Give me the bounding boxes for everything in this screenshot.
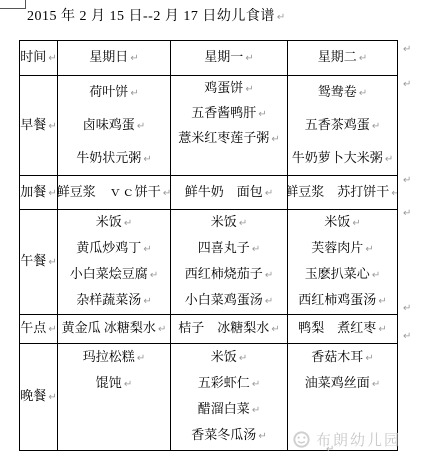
watermark: 布朗幼儿园 xyxy=(292,429,401,450)
table-header-row: 时间↵星期日↵星期一↵星期二↵ xyxy=(20,41,398,76)
menu-cell: 鸭梨 煮红枣↵ xyxy=(288,315,398,344)
row-label: 午点↵ xyxy=(20,316,57,342)
paragraph-mark-icon: ↵ xyxy=(359,88,367,99)
menu-item-line-text: 芙蓉肉片 xyxy=(311,240,363,255)
menu-item-line: 桔子 冰糖梨水↵ xyxy=(178,316,279,342)
paragraph-mark-icon: ↵ xyxy=(163,188,171,199)
menu-item-line: 香菜冬瓜汤↵ xyxy=(191,423,266,449)
paragraph-mark-icon: ↵ xyxy=(48,53,56,64)
table-row: 加餐↵鲜豆浆 ｖｃ饼干↵鲜牛奶 面包↵鲜豆浆 苏打饼干↵ xyxy=(20,176,398,210)
header-cell: 时间↵ xyxy=(20,41,58,76)
paragraph-mark-icon: ↵ xyxy=(378,296,386,307)
paragraph-mark-icon: ↵ xyxy=(150,270,158,281)
row-end-mark-icon: ↵ xyxy=(403,303,411,314)
header-cell: 星期一↵ xyxy=(171,41,288,76)
menu-item-line-text: 小白菜鸡蛋汤 xyxy=(185,292,263,307)
menu-cell-content: 鸭梨 煮红枣↵ xyxy=(288,315,397,343)
paragraph-mark-icon: ↵ xyxy=(365,244,373,255)
table-row: 午餐↵米饭↵黄瓜炒鸡丁↵小白菜烩豆腐↵杂样蔬菜汤↵米饭↵四喜丸子↵西红柿烧茄子↵… xyxy=(20,210,398,315)
paragraph-mark-icon: ↵ xyxy=(391,188,397,199)
menu-cell: 米饭↵芙蓉肉片↵玉麽扒菜心↵西红柿鸡蛋汤↵ xyxy=(288,210,398,315)
menu-item-line-text: 五彩虾仁 xyxy=(198,375,250,390)
menu-item-line: 五香茶鸡蛋↵ xyxy=(305,109,380,142)
paragraph-mark-icon: ↵ xyxy=(124,218,132,229)
menu-cell-content: 鲜豆浆 苏打饼干↵ xyxy=(288,176,397,209)
header-cell-label-text: 星期日 xyxy=(89,49,128,64)
paragraph-mark-icon: ↵ xyxy=(271,324,279,335)
menu-item-line-text: 鸳鸯卷 xyxy=(318,84,357,99)
paragraph-mark-icon: ↵ xyxy=(48,257,56,268)
menu-cell-content: 桔子 冰糖梨水↵ xyxy=(171,315,287,343)
menu-item-line-text: 醋溜白菜 xyxy=(198,401,250,416)
menu-item-line-text: 玉麽扒菜心 xyxy=(305,266,370,281)
menu-cell: 米饭↵四喜丸子↵西红柿烧茄子↵小白菜鸡蛋汤↵ xyxy=(171,210,288,315)
header-cell-label: 时间↵ xyxy=(20,45,57,71)
menu-item-line-text: 馄饨 xyxy=(96,375,122,390)
row-label-text: 加餐 xyxy=(20,184,46,199)
menu-item-line: 馄饨↵ xyxy=(96,371,132,397)
table-row: 早餐↵荷叶饼↵卤味鸡蛋↵牛奶状元粥↵鸡蛋饼↵五香酱鸭肝↵薏米红枣莲子粥↵鸳鸯卷↵… xyxy=(20,76,398,176)
row-label: 加餐↵ xyxy=(20,180,57,206)
paragraph-mark-icon: ↵ xyxy=(265,270,273,281)
paragraph-mark-icon: ↵ xyxy=(48,324,56,335)
paragraph-mark-icon: ↵ xyxy=(252,379,260,390)
paragraph-mark-icon: ↵ xyxy=(365,353,373,364)
paragraph-mark-icon: ↵ xyxy=(378,324,386,335)
menu-item-line-text: 牛奶状元粥 xyxy=(76,150,141,165)
paragraph-mark-icon: ↵ xyxy=(143,244,151,255)
paragraph-mark-icon: ↵ xyxy=(385,154,393,165)
menu-item-line: 醋溜白菜↵ xyxy=(198,397,260,423)
header-cell-label: 星期二↵ xyxy=(288,45,397,71)
menu-table: 时间↵星期日↵星期一↵星期二↵早餐↵荷叶饼↵卤味鸡蛋↵牛奶状元粥↵鸡蛋饼↵五香酱… xyxy=(19,40,398,451)
menu-item-line: 鸡蛋饼↵ xyxy=(204,76,253,101)
row-label: 早餐↵ xyxy=(20,113,57,139)
menu-item-line: 鲜牛奶 面包↵ xyxy=(185,180,273,206)
menu-cell-content: 鸡蛋饼↵五香酱鸭肝↵薏米红枣莲子粥↵ xyxy=(171,76,287,175)
paragraph-mark-icon: ↵ xyxy=(326,444,334,455)
menu-item-line: 牛奶萝卜大米粥↵ xyxy=(292,142,393,175)
menu-item-line: 鸭梨 煮红枣↵ xyxy=(298,316,386,342)
menu-item-line: 芙蓉肉片↵ xyxy=(311,236,373,262)
paragraph-mark-icon: ↵ xyxy=(130,88,138,99)
paragraph-mark-icon: ↵ xyxy=(245,84,253,95)
paragraph-mark-icon: ↵ xyxy=(265,188,273,199)
menu-item-line: 米饭↵ xyxy=(211,345,247,371)
menu-item-line-text: 香菜冬瓜汤 xyxy=(191,427,256,442)
menu-item-line-text: 鲜豆浆 ｖｃ饼干 xyxy=(58,184,161,199)
menu-item-line: 鸳鸯卷↵ xyxy=(318,76,367,109)
menu-cell: 鲜豆浆 ｖｃ饼干↵ xyxy=(58,176,171,210)
menu-item-line-text: 米饭 xyxy=(211,349,237,364)
menu-item-line: 五彩虾仁↵ xyxy=(198,371,260,397)
menu-cell-content: 米饭↵芙蓉肉片↵玉麽扒菜心↵西红柿鸡蛋汤↵ xyxy=(288,210,397,314)
menu-item-line: 米饭↵ xyxy=(324,210,360,236)
menu-item-line-text: 小白菜烩豆腐 xyxy=(70,266,148,281)
header-cell-label: 星期一↵ xyxy=(171,45,287,71)
menu-cell: 玛拉松糕↵馄饨↵ xyxy=(58,344,171,451)
menu-item-line-text: 黄金瓜 冰糖梨水 xyxy=(62,320,156,335)
paragraph-mark-icon: ↵ xyxy=(245,53,253,64)
paragraph-mark-icon: ↵ xyxy=(372,121,380,132)
paragraph-mark-icon: ↵ xyxy=(143,296,151,307)
menu-cell: 荷叶饼↵卤味鸡蛋↵牛奶状元粥↵ xyxy=(58,76,171,176)
paragraph-mark-icon: ↵ xyxy=(372,379,380,390)
paragraph-mark-icon: ↵ xyxy=(252,405,260,416)
menu-cell: 米饭↵黄瓜炒鸡丁↵小白菜烩豆腐↵杂样蔬菜汤↵ xyxy=(58,210,171,315)
menu-item-line: 香菇木耳↵ xyxy=(311,345,373,371)
menu-cell-content: 米饭↵五彩虾仁↵醋溜白菜↵香菜冬瓜汤↵ xyxy=(171,344,287,451)
page-title-text: 2015 年 2 月 15 日--2 月 17 日幼儿食谱 xyxy=(27,9,275,24)
row-label: 午餐↵ xyxy=(20,249,57,275)
menu-cell: 鲜牛奶 面包↵ xyxy=(171,176,288,210)
object-anchor-box xyxy=(0,0,26,9)
header-cell-label-text: 星期二 xyxy=(318,49,357,64)
menu-item-line: 西红柿烧茄子↵ xyxy=(185,262,273,288)
menu-item-line: 玛拉松糕↵ xyxy=(83,345,145,371)
paragraph-mark-icon: ↵ xyxy=(48,121,56,132)
menu-item-line: 米饭↵ xyxy=(211,210,247,236)
menu-item-line: 黄金瓜 冰糖梨水↵ xyxy=(62,316,167,342)
paragraph-mark-icon: ↵ xyxy=(130,53,138,64)
menu-item-line: 杂样蔬菜汤↵ xyxy=(76,288,151,314)
header-cell: 星期日↵ xyxy=(58,41,171,76)
menu-item-line: 小白菜鸡蛋汤↵ xyxy=(185,288,273,314)
paragraph-mark-icon: ↵ xyxy=(48,188,56,199)
menu-item-line-text: 香菇木耳 xyxy=(311,349,363,364)
paragraph-mark-icon: ↵ xyxy=(137,353,145,364)
menu-item-line: 五香酱鸭肝↵ xyxy=(191,101,266,126)
paragraph-mark-icon: ↵ xyxy=(352,218,360,229)
menu-item-line: 荷叶饼↵ xyxy=(89,76,138,109)
paragraph-mark-icon: ↵ xyxy=(271,134,279,145)
header-cell-label: 星期日↵ xyxy=(58,45,170,71)
menu-cell: 米饭↵五彩虾仁↵醋溜白菜↵香菜冬瓜汤↵ xyxy=(171,344,288,451)
table-row: 午点↵黄金瓜 冰糖梨水↵桔子 冰糖梨水↵鸭梨 煮红枣↵ xyxy=(20,315,398,344)
paragraph-mark-icon: ↵ xyxy=(265,296,273,307)
menu-item-line-text: 米饭 xyxy=(211,214,237,229)
paragraph-mark-icon: ↵ xyxy=(143,154,151,165)
menu-item-line-text: 米饭 xyxy=(96,214,122,229)
menu-item-line-text: 鲜牛奶 面包 xyxy=(185,184,263,199)
paragraph-mark-icon: ↵ xyxy=(124,379,132,390)
paragraph-mark-icon: ↵ xyxy=(372,270,380,281)
row-end-mark-icon: ↵ xyxy=(403,79,411,90)
row-label-cell: 晚餐↵ xyxy=(20,344,58,451)
paragraph-mark-icon: ↵ xyxy=(277,12,286,23)
smiley-logo-icon xyxy=(292,430,311,449)
menu-item-line-text: 鸭梨 煮红枣 xyxy=(298,320,376,335)
menu-cell-content: 玛拉松糕↵馄饨↵ xyxy=(58,344,170,451)
paragraph-mark-icon: ↵ xyxy=(252,244,260,255)
menu-cell-content: 荷叶饼↵卤味鸡蛋↵牛奶状元粥↵ xyxy=(58,76,170,175)
menu-item-line-text: 荷叶饼 xyxy=(89,84,128,99)
menu-item-line: 鲜豆浆 苏打饼干↵ xyxy=(288,180,398,206)
row-end-mark-icon: ↵ xyxy=(403,208,411,219)
menu-item-line: 米饭↵ xyxy=(96,210,132,236)
menu-cell: 鲜豆浆 苏打饼干↵ xyxy=(288,176,398,210)
menu-item-line: 四喜丸子↵ xyxy=(198,236,260,262)
paragraph-mark-icon: ↵ xyxy=(258,431,266,442)
row-label-text: 早餐 xyxy=(20,117,46,132)
paragraph-mark-icon: ↵ xyxy=(359,53,367,64)
menu-cell: 黄金瓜 冰糖梨水↵ xyxy=(58,315,171,344)
menu-item-line-text: 油菜鸡丝面 xyxy=(305,375,370,390)
header-cell-label-text: 星期一 xyxy=(204,49,243,64)
menu-cell-content: 黄金瓜 冰糖梨水↵ xyxy=(58,315,170,343)
row-label-text: 午点 xyxy=(20,320,46,335)
menu-item-line-text: 鸡蛋饼 xyxy=(204,80,243,95)
menu-item-line: 玉麽扒菜心↵ xyxy=(305,262,380,288)
menu-item-line-text: 鲜豆浆 苏打饼干 xyxy=(288,184,390,199)
menu-item-line-text: 玛拉松糕 xyxy=(83,349,135,364)
menu-item-line: 油菜鸡丝面↵ xyxy=(305,371,380,397)
menu-item-line-text: 米饭 xyxy=(324,214,350,229)
menu-item-line: 鲜豆浆 ｖｃ饼干↵ xyxy=(58,180,171,206)
menu-item-line-text: 五香酱鸭肝 xyxy=(191,105,256,120)
paragraph-mark-icon: ↵ xyxy=(258,109,266,120)
row-label-cell: 早餐↵ xyxy=(20,76,58,176)
paragraph-mark-icon: ↵ xyxy=(48,392,56,403)
paragraph-mark-icon: ↵ xyxy=(158,324,166,335)
menu-cell-content: 鲜豆浆 ｖｃ饼干↵ xyxy=(58,176,170,209)
row-label: 晚餐↵ xyxy=(20,384,57,410)
menu-item-line-text: 桔子 冰糖梨水 xyxy=(178,320,269,335)
row-end-mark-icon: ↵ xyxy=(403,44,411,55)
menu-item-line-text: 杂样蔬菜汤 xyxy=(76,292,141,307)
header-cell-label-text: 时间 xyxy=(20,49,46,64)
menu-item-line-text: 卤味鸡蛋 xyxy=(83,117,135,132)
menu-item-line-text: 黄瓜炒鸡丁 xyxy=(76,240,141,255)
row-end-mark-icon: ↵ xyxy=(403,175,411,186)
row-label-cell: 午餐↵ xyxy=(20,210,58,315)
row-end-mark-icon: ↵ xyxy=(403,331,411,342)
row-label-text: 晚餐 xyxy=(20,388,46,403)
row-label-cell: 加餐↵ xyxy=(20,176,58,210)
menu-item-line-text: 五香茶鸡蛋 xyxy=(305,117,370,132)
page-title: 2015 年 2 月 15 日--2 月 17 日幼儿食谱↵ xyxy=(27,5,286,25)
menu-cell-content: 米饭↵四喜丸子↵西红柿烧茄子↵小白菜鸡蛋汤↵ xyxy=(171,210,287,314)
menu-item-line-text: 四喜丸子 xyxy=(198,240,250,255)
menu-item-line-text: 西红柿烧茄子 xyxy=(185,266,263,281)
menu-cell: 鸳鸯卷↵五香茶鸡蛋↵牛奶萝卜大米粥↵ xyxy=(288,76,398,176)
paragraph-mark-icon: ↵ xyxy=(239,353,247,364)
menu-cell-content: 米饭↵黄瓜炒鸡丁↵小白菜烩豆腐↵杂样蔬菜汤↵ xyxy=(58,210,170,314)
header-cell: 星期二↵ xyxy=(288,41,398,76)
menu-item-line: 卤味鸡蛋↵ xyxy=(83,109,145,142)
paragraph-mark-icon: ↵ xyxy=(239,218,247,229)
menu-cell-content: 鸳鸯卷↵五香茶鸡蛋↵牛奶萝卜大米粥↵ xyxy=(288,76,397,175)
paragraph-mark-icon: ↵ xyxy=(137,121,145,132)
menu-item-line-text: 牛奶萝卜大米粥 xyxy=(292,150,383,165)
menu-cell-content: 鲜牛奶 面包↵ xyxy=(171,176,287,209)
row-label-cell: 午点↵ xyxy=(20,315,58,344)
menu-item-line: 黄瓜炒鸡丁↵ xyxy=(76,236,151,262)
menu-cell: 桔子 冰糖梨水↵ xyxy=(171,315,288,344)
menu-item-line: 薏米红枣莲子粥↵ xyxy=(178,126,279,151)
row-label-text: 午餐 xyxy=(20,253,46,268)
menu-item-line: 牛奶状元粥↵ xyxy=(76,142,151,175)
menu-item-line: 西红柿鸡蛋汤↵ xyxy=(298,288,386,314)
menu-cell: 鸡蛋饼↵五香酱鸭肝↵薏米红枣莲子粥↵ xyxy=(171,76,288,176)
menu-item-line-text: 薏米红枣莲子粥 xyxy=(178,130,269,145)
menu-item-line-text: 西红柿鸡蛋汤 xyxy=(298,292,376,307)
menu-item-line: 小白菜烩豆腐↵ xyxy=(70,262,158,288)
